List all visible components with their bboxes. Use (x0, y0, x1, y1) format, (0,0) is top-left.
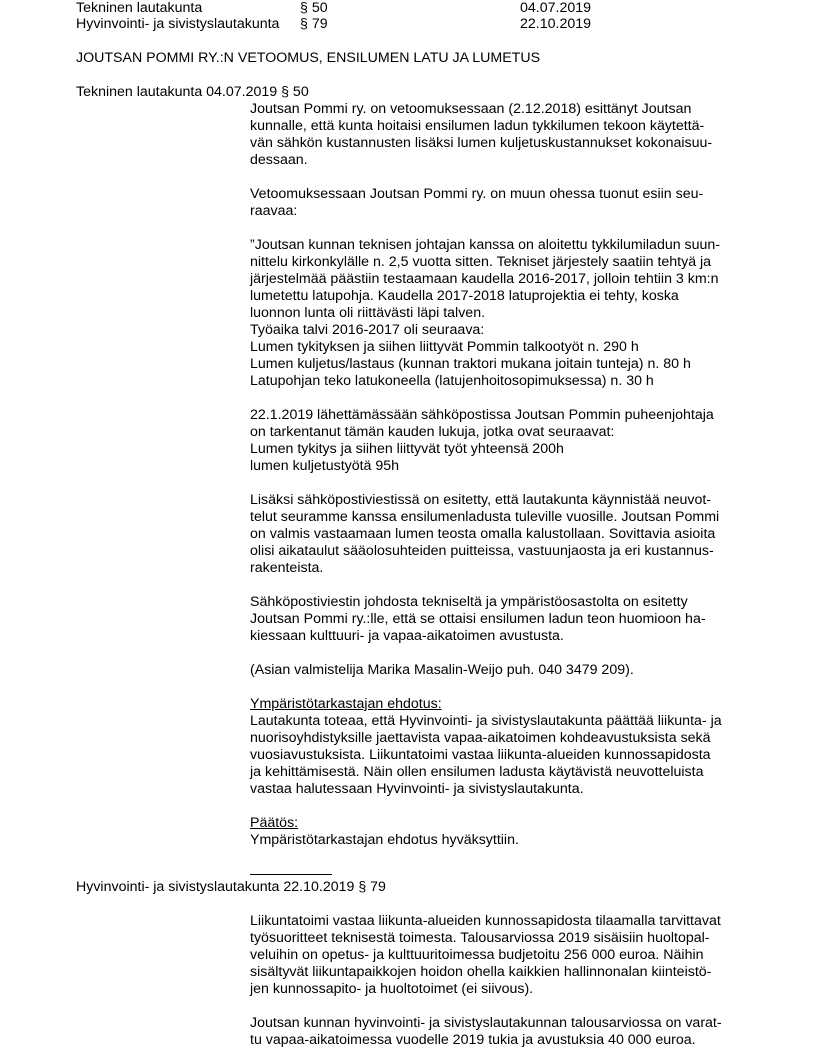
paragraph-preparer: (Asian valmistelija Marika Masalin-Weijo… (250, 662, 770, 679)
meeting-date: 04.07.2019 (520, 0, 591, 17)
meeting-date: 22.10.2019 (520, 16, 591, 33)
document-title: JOUTSAN POMMI RY.:N VETOOMUS, ENSILUMEN … (76, 50, 540, 67)
section-body-technical-board: Joutsan Pommi ry. on vetoomuksessaan (2.… (250, 101, 770, 849)
section-number: § 79 (300, 16, 328, 33)
paragraph-grants-budget: Joutsan kunnan hyvinvointi- ja sivistysl… (250, 1015, 770, 1049)
paragraph-quote: ”Joutsan kunnan teknisen johtajan kanssa… (250, 237, 770, 390)
header-row-technical-board: Tekninen lautakunta § 50 04.07.2019 (76, 0, 776, 17)
proposal-block: Ympäristötarkastajan ehdotus: Lautakunta… (250, 696, 770, 798)
proposal-label: Ympäristötarkastajan ehdotus: (250, 696, 442, 712)
section-heading-technical-board: Tekninen lautakunta 04.07.2019 § 50 (76, 84, 309, 101)
board-name: Hyvinvointi- ja sivistyslautakunta (76, 16, 279, 33)
section-body-welfare-board: Liikuntatoimi vastaa liikunta-alueiden k… (250, 913, 770, 1049)
header-row-welfare-board: Hyvinvointi- ja sivistyslautakunta § 79 … (76, 16, 776, 33)
paragraph-petition-intro: Vetoomuksessaan Joutsan Pommi ry. on muu… (250, 186, 770, 220)
decision-label: Päätös: (250, 815, 298, 831)
section-separator (250, 874, 332, 875)
section-heading-welfare-board: Hyvinvointi- ja sivistyslautakunta 22.10… (76, 879, 386, 896)
paragraph-email-figures: 22.1.2019 lähettämässään sähköpostissa J… (250, 407, 770, 475)
section-number: § 50 (300, 0, 328, 17)
paragraph-negotiation-request: Lisäksi sähköpostiviestissä on esitetty,… (250, 492, 770, 577)
paragraph-maintenance-budget: Liikuntatoimi vastaa liikunta-alueiden k… (250, 913, 770, 998)
paragraph-petition: Joutsan Pommi ry. on vetoomuksessaan (2.… (250, 101, 770, 169)
decision-block: Päätös: Ympäristötarkastajan ehdotus hyv… (250, 815, 770, 849)
decision-text: Ympäristötarkastajan ehdotus hyväksyttii… (250, 832, 770, 849)
paragraph-department-response: Sähköpostiviestin johdosta tekniseltä ja… (250, 594, 770, 645)
board-name: Tekninen lautakunta (76, 0, 202, 17)
